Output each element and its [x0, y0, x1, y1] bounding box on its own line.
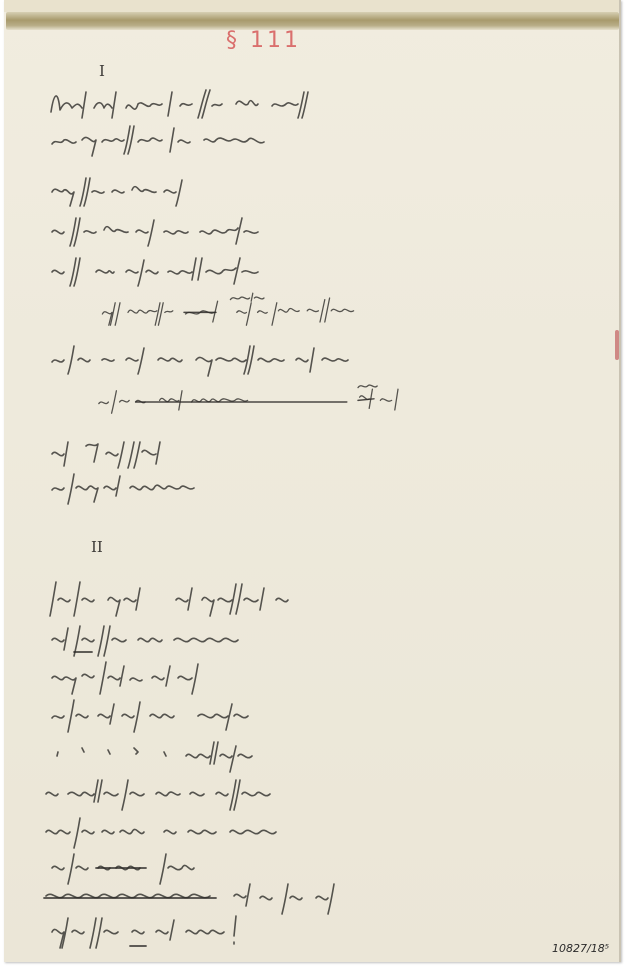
handwritten-line: [ditto marks line 15] — [46, 734, 366, 774]
handwritten-line: [shorthand line 12, one word underlined] — [46, 618, 406, 658]
part-numeral-1: I — [99, 62, 105, 80]
handwritten-line: [shorthand line 6, with interlinear inse… — [46, 290, 546, 330]
handwritten-line: [shorthand line 16] — [40, 772, 440, 812]
handwritten-line: [shorthand line 3] — [46, 170, 346, 210]
handwritten-line: [shorthand line 20, ending with exclamat… — [46, 910, 406, 950]
handwritten-line: [shorthand line 8, with a struck-through… — [46, 378, 526, 418]
handwritten-line: [shorthand line 5] — [46, 250, 426, 290]
handwritten-line: [shorthand line 2] — [46, 118, 366, 158]
handwritten-line: [shorthand line 11] — [46, 578, 446, 618]
archive-number: 10827/18⁵ — [552, 942, 609, 955]
handwritten-line: [shorthand line 17] — [40, 810, 460, 850]
handwritten-line: [shorthand line 7] — [46, 338, 526, 378]
handwritten-line: [shorthand line 1] — [46, 82, 416, 122]
notebook-binding-fold — [6, 12, 619, 30]
page-top-edge — [4, 0, 621, 12]
handwritten-line: [shorthand line 14] — [46, 694, 366, 734]
notebook-page: § 111 I [shorthand line 1] [shorthand li… — [4, 0, 621, 962]
handwritten-line: [shorthand line 4] — [46, 210, 376, 250]
part-numeral-2: II — [91, 538, 103, 556]
handwritten-line: [shorthand line 13] — [46, 656, 366, 696]
handwritten-line: [shorthand line 10] — [46, 466, 326, 506]
page-right-edge — [619, 0, 621, 962]
section-mark: § 111 — [226, 28, 301, 53]
red-margin-mark — [615, 330, 619, 360]
